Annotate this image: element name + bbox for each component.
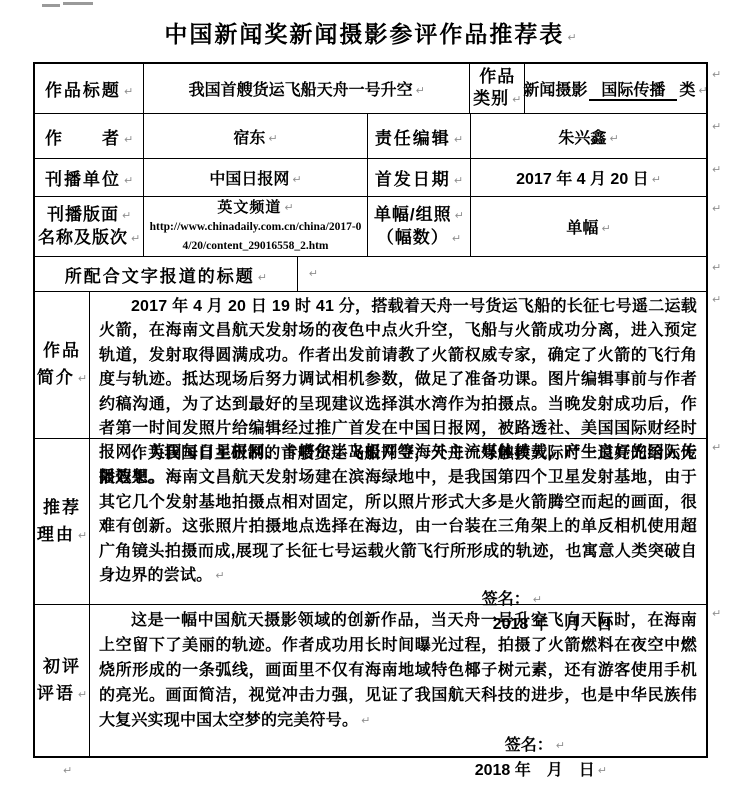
table-row-review: 初评 评语↵ 这是一幅中国航天摄影领域的创新作品，当天舟一号升空飞向天际时，在海… [35,605,706,756]
section-body-review: 这是一幅中国航天摄影领域的创新作品，当天舟一号升空飞向天际时，在海南上空留下了美… [90,605,706,756]
table-row-intro: 作品 简介↵ 2017 年 4 月 20 日 19 时 41 分，搭载着天舟一号… [35,292,706,439]
field-value-work-title: 我国首艘货运飞船天舟一号升空↵ [144,64,470,113]
paragraph-mark-icon: ↵ [124,134,133,146]
paragraph-mark-icon: ↵ [601,223,610,235]
value-text: 宿东 [233,130,265,147]
label-text: 刊播版面 [47,205,119,224]
scan-artifact [63,2,93,5]
paragraph-mark-icon: ↵ [63,764,72,777]
paragraph-mark-icon: ↵ [452,233,461,245]
label-text: 理由 [37,525,75,544]
label-text: 作 者 [45,129,121,148]
table-row-publisher: 刊播单位↵ 中国日报网↵ 首发日期↵ 2017 年 4 月 20 日↵ [35,159,706,197]
paragraph-mark-icon: ↵ [361,715,370,727]
field-value-publish-date: 2017 年 4 月 20 日↵ [471,159,706,196]
paragraph-mark-icon: ↵ [124,175,133,187]
paragraph-mark-icon: ↵ [609,133,618,145]
label-text: 作品标题 [45,81,121,100]
value-text: 2017 年 4 月 20 日 [516,171,649,188]
label-text: 责任编辑 [375,129,451,148]
paragraph-mark-icon: ↵ [712,261,721,274]
paragraph-mark-icon: ↵ [712,68,721,81]
review-paragraph: 这是一幅中国航天摄影领域的创新作品，当天舟一号升空飞向天际时，在海南上空留下了美… [99,612,697,729]
value-text: 中国日报网 [209,171,289,188]
table-row-author: 作 者↵ 宿东↵ 责任编辑↵ 朱兴鑫↵ [35,114,706,159]
label-text: 类别 [473,89,509,108]
field-value-photo-count: 单幅↵ [471,197,706,256]
field-label-author: 作 者↵ [35,114,144,158]
signature-label: 签名： [505,737,553,754]
paragraph-mark-icon: ↵ [454,134,463,146]
scan-artifact [42,4,60,7]
paragraph-mark-icon: ↵ [78,373,87,385]
paragraph-mark-icon: ↵ [215,570,224,582]
paragraph-mark-icon: ↵ [78,689,87,701]
table-row-title: 作品标题↵ 我国首艘货运飞船天舟一号升空↵ 作品 类别↵ 新闻摄影国际传播类↵ [35,64,706,114]
field-label-plate: 刊播版面↵ 名称及版次↵ [35,197,144,256]
paragraph-mark-icon: ↵ [292,174,301,186]
paragraph-mark-icon: ↵ [309,268,318,280]
paragraph-mark-icon: ↵ [712,120,721,133]
field-value-plate: 英文频道↵ http://www.chinadaily.com.cn/china… [144,197,368,256]
field-label-publisher: 刊播单位↵ [35,159,144,196]
paragraph-mark-icon: ↵ [567,32,576,44]
value-text: 单幅 [566,220,598,237]
value-text: 朱兴鑫 [558,130,606,147]
label-text: 推荐 [43,494,81,521]
table-row-caption: 所配合文字报道的标题↵ ↵ [35,257,706,292]
category-highlight: 国际传播 [589,82,677,101]
channel-text: 英文频道 [217,199,281,216]
label-text: 初评 [43,653,81,680]
field-value-author: 宿东↵ [144,114,368,158]
paragraph-mark-icon: ↵ [652,174,661,186]
paragraph-mark-icon: ↵ [268,133,277,145]
page-title: 中国新闻奖新闻摄影参评作品推荐表↵ [0,16,741,49]
paragraph-mark-icon: ↵ [712,202,721,215]
recommendation-form-table: 作品标题↵ 我国首艘货运飞船天舟一号升空↵ 作品 类别↵ 新闻摄影国际传播类↵ … [33,62,708,758]
paragraph-mark-icon: ↵ [454,175,463,187]
article-url-line1: http://www.chinadaily.com.cn/china/2017-… [150,218,362,237]
label-text: 作品 [43,337,81,364]
paragraph-mark-icon: ↵ [698,85,707,97]
section-body-recommendation: 作为我国自主研制的首艘货运飞船升空，天舟一号触摸天际时一道亮光给人无限遐想。海南… [90,439,706,604]
category-prefix: 新闻摄影 [523,82,587,99]
field-label-publish-date: 首发日期↵ [368,159,471,196]
document-page: 中国新闻奖新闻摄影参评作品推荐表↵ 作品标题↵ 我国首艘货运飞船天舟一号升空↵ … [0,0,741,795]
paragraph-mark-icon: ↵ [598,765,607,777]
section-label-recommendation: 推荐 理由↵ [35,439,90,604]
field-label-caption: 所配合文字报道的标题↵ [35,257,298,291]
field-value-editor: 朱兴鑫↵ [471,114,706,158]
paragraph-mark-icon: ↵ [122,210,131,222]
paragraph-mark-icon: ↵ [124,86,133,98]
value-text: 我国首艘货运飞船天舟一号升空 [189,82,413,99]
section-label-review: 初评 评语↵ [35,605,90,756]
label-text: 刊播单位 [45,170,121,189]
field-value-publisher: 中国日报网↵ [144,159,368,196]
article-url-line2: 4/20/content_29016558_2.htm [183,237,329,256]
category-suffix: 类 [679,82,695,99]
paragraph-mark-icon: ↵ [512,94,521,106]
section-body-intro: 2017 年 4 月 20 日 19 时 41 分，搭载着天舟一号货运飞船的长征… [90,292,706,438]
page-title-text: 中国新闻奖新闻摄影参评作品推荐表 [164,21,564,47]
label-text: 单幅/组照 [374,205,452,224]
paragraph-mark-icon: ↵ [78,530,87,542]
paragraph-mark-icon: ↵ [258,272,267,284]
paragraph-mark-icon: ↵ [712,163,721,176]
label-text: （幅数） [377,228,449,247]
paragraph-mark-icon: ↵ [556,740,565,752]
label-text: 名称及版次 [38,228,128,247]
label-text: 简介 [37,368,75,387]
paragraph-mark-icon: ↵ [131,233,140,245]
recommendation-paragraph: 作为我国自主研制的首艘货运飞船升空，天舟一号触摸天际时一道亮光给人无限遐想。海南… [99,445,697,584]
label-text: 首发日期 [375,170,451,189]
field-label-editor: 责任编辑↵ [368,114,471,158]
field-label-work-title: 作品标题↵ [35,64,144,113]
paragraph-mark-icon: ↵ [284,202,293,214]
signature-date: 2018 年 月 日 [475,762,595,779]
field-value-caption: ↵ [298,257,706,291]
paragraph-mark-icon: ↵ [455,210,464,222]
paragraph-mark-icon: ↵ [712,293,721,306]
table-row-recommendation: 推荐 理由↵ 作为我国自主研制的首艘货运飞船升空，天舟一号触摸天际时一道亮光给人… [35,439,706,605]
field-value-category: 新闻摄影国际传播类↵ [525,64,706,113]
table-row-plate: 刊播版面↵ 名称及版次↵ 英文频道↵ http://www.chinadaily… [35,197,706,257]
label-text: 评语 [37,684,75,703]
paragraph-mark-icon: ↵ [712,441,721,454]
paragraph-mark-icon: ↵ [712,607,721,620]
field-label-photo-count: 单幅/组照↵ （幅数）↵ [368,197,471,256]
field-label-category: 作品 类别↵ [470,64,525,113]
label-text: 作品 [479,66,515,88]
paragraph-mark-icon: ↵ [416,85,425,97]
label-text: 所配合文字报道的标题 [65,267,255,286]
section-label-intro: 作品 简介↵ [35,292,90,438]
